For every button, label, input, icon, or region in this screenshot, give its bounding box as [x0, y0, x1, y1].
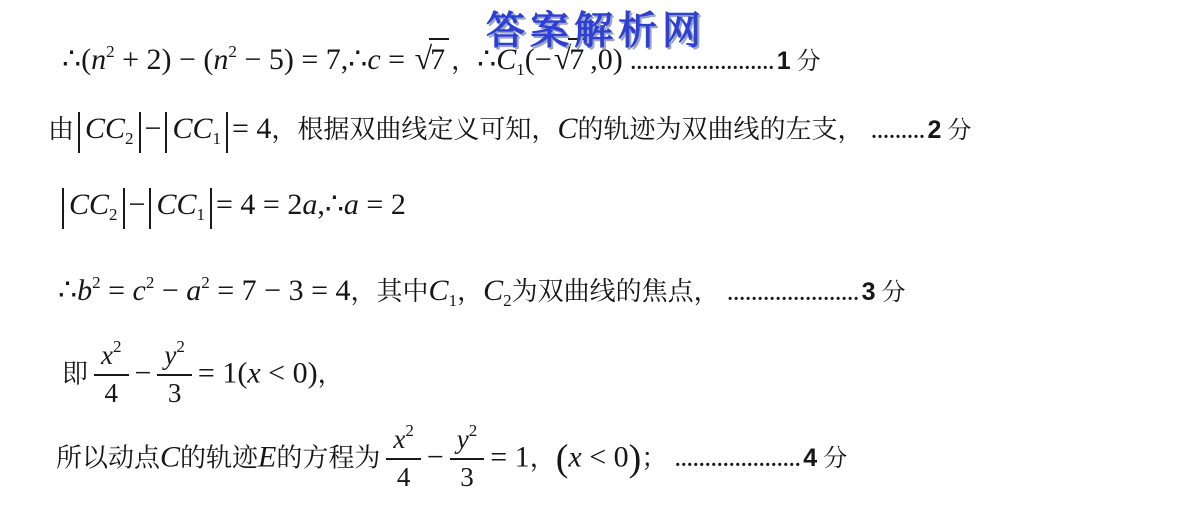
variable-x: x	[101, 340, 113, 370]
solution-line-4: ∴b2 = c2 − a2 = 7 − 3 = 4，其中C1，C2为双曲线的焦点…	[58, 272, 906, 311]
fraction: y23	[450, 420, 484, 491]
math-fragment: −	[154, 274, 186, 307]
variable-CC: CC	[156, 188, 196, 221]
cjk-text: ，根据双曲线定义可知，	[271, 115, 557, 144]
minus-sign: −	[135, 356, 152, 389]
variable-a: a	[344, 188, 359, 221]
dots-leader: ......................	[728, 283, 860, 305]
cjk-comma: ，	[457, 277, 483, 306]
fraction-numerator: y2	[450, 420, 484, 460]
cjk-text: ，其中	[351, 277, 429, 306]
fraction-numerator: x2	[94, 336, 128, 376]
abs-value-group: CC1	[165, 112, 228, 153]
variable-CC: CC	[172, 112, 212, 145]
cjk-text: 由	[48, 115, 74, 144]
fraction-denominator: 3	[157, 376, 191, 407]
cjk-text: 为双曲线的焦点，	[512, 277, 720, 306]
variable-y: y	[457, 424, 469, 454]
variable-c: c	[133, 274, 146, 307]
superscript: 2	[106, 42, 115, 61]
radicand: 7	[429, 38, 449, 79]
subscript: 1	[213, 129, 222, 148]
math-fragment: ,∴	[317, 188, 344, 221]
score-number: 3	[862, 278, 876, 306]
fraction-denominator: 4	[386, 460, 420, 491]
document-page: 答案解析网 ∴(n2 + 2) − (n2 − 5) = 7,∴c = √7，∴…	[0, 0, 1177, 515]
score-unit: 分	[947, 118, 971, 144]
math-fragment: = 2	[359, 188, 406, 221]
variable-CC: CC	[69, 188, 109, 221]
superscript: 2	[228, 42, 237, 61]
fraction: y23	[157, 336, 191, 407]
subscript: 2	[503, 291, 512, 310]
variable-CC: CC	[85, 112, 125, 145]
abs-value-group: CC2	[78, 112, 141, 153]
variable-a: a	[186, 274, 201, 307]
variable-y: y	[164, 340, 176, 370]
score-number: 1	[777, 47, 791, 75]
math-fragment: < 0	[582, 440, 629, 473]
cjk-comma: ，	[318, 359, 344, 388]
fraction: x24	[94, 336, 128, 407]
score-unit: 分	[797, 49, 821, 75]
solution-line-3: CC2−CC1= 4 = 2a,∴a = 2	[58, 186, 406, 229]
cjk-semicolon: ；	[641, 443, 667, 472]
score-unit: 分	[823, 446, 847, 472]
fraction-numerator: y2	[157, 336, 191, 376]
fraction: x24	[386, 420, 420, 491]
superscript: 2	[201, 273, 210, 292]
solution-line-5: 即x24−y23= 1(x < 0)，	[62, 340, 344, 411]
minus-sign: −	[145, 112, 162, 145]
score-number: 4	[803, 444, 817, 472]
variable-n: n	[91, 43, 106, 76]
variable-b: b	[77, 274, 92, 307]
cjk-text: 的轨迹为双曲线的左支，	[577, 115, 863, 144]
sqrt-expression: √7	[415, 38, 450, 79]
dots-leader: .....................	[675, 449, 801, 471]
dots-leader: .........	[871, 121, 925, 143]
superscript: 2	[176, 337, 185, 356]
variable-C: C	[483, 274, 503, 307]
math-fragment: ∴(	[62, 43, 91, 76]
math-fragment: = 1(	[198, 356, 247, 389]
subscript: 1	[516, 60, 525, 79]
variable-a: a	[302, 188, 317, 221]
variable-x: x	[568, 440, 581, 473]
abs-value-group: CC1	[149, 188, 212, 229]
cjk-comma: ，	[530, 443, 556, 472]
open-paren: (	[556, 437, 569, 479]
close-paren: )	[629, 437, 642, 479]
math-fragment: ∴	[58, 274, 77, 307]
minus-sign: −	[427, 440, 444, 473]
math-fragment: =	[381, 43, 413, 76]
math-fragment: =	[101, 274, 133, 307]
minus-sign: −	[129, 188, 146, 221]
score-unit: 分	[882, 280, 906, 306]
cjk-text: 的方程为	[276, 443, 380, 472]
cjk-text: 的轨迹	[180, 443, 258, 472]
abs-value-group: CC2	[62, 188, 125, 229]
subscript: 2	[125, 129, 134, 148]
variable-n: n	[213, 43, 228, 76]
cjk-text: 所以动点	[56, 443, 160, 472]
variable-E: E	[258, 440, 276, 473]
watermark: 答案解析网	[486, 0, 706, 56]
solution-line-2: 由CC2−CC1= 4，根据双曲线定义可知，C的轨迹为双曲线的左支，......…	[48, 110, 971, 153]
math-fragment: = 4 = 2	[216, 188, 302, 221]
superscript: 2	[113, 337, 122, 356]
score-number: 2	[927, 116, 941, 144]
fraction-denominator: 4	[94, 376, 128, 407]
variable-x: x	[247, 356, 260, 389]
subscript: 1	[449, 291, 458, 310]
variable-C: C	[429, 274, 449, 307]
superscript: 2	[405, 421, 414, 440]
math-fragment: − 5) = 7,∴	[237, 43, 367, 76]
math-fragment: + 2) − (	[115, 43, 214, 76]
variable-C: C	[160, 440, 180, 473]
solution-line-1: ∴(n2 + 2) − (n2 − 5) = 7,∴c = √7，∴C1(−√7…	[62, 38, 821, 80]
fraction-numerator: x2	[386, 420, 420, 460]
cjk-comma: ，	[451, 46, 477, 75]
math-fragment: < 0)	[261, 356, 318, 389]
math-fragment: = 4	[232, 112, 271, 145]
fraction-denominator: 3	[450, 460, 484, 491]
cjk-text: 即	[62, 359, 88, 388]
superscript: 2	[469, 421, 478, 440]
variable-x: x	[393, 424, 405, 454]
math-fragment: = 1	[490, 440, 529, 473]
subscript: 2	[109, 205, 118, 224]
subscript: 1	[196, 205, 205, 224]
solution-line-6: 所以动点C的轨迹E的方程为x24−y23= 1，(x < 0)；........…	[56, 424, 847, 495]
math-fragment: = 7 − 3 = 4	[210, 274, 351, 307]
variable-c: c	[367, 43, 380, 76]
superscript: 2	[92, 273, 101, 292]
variable-C: C	[557, 112, 577, 145]
